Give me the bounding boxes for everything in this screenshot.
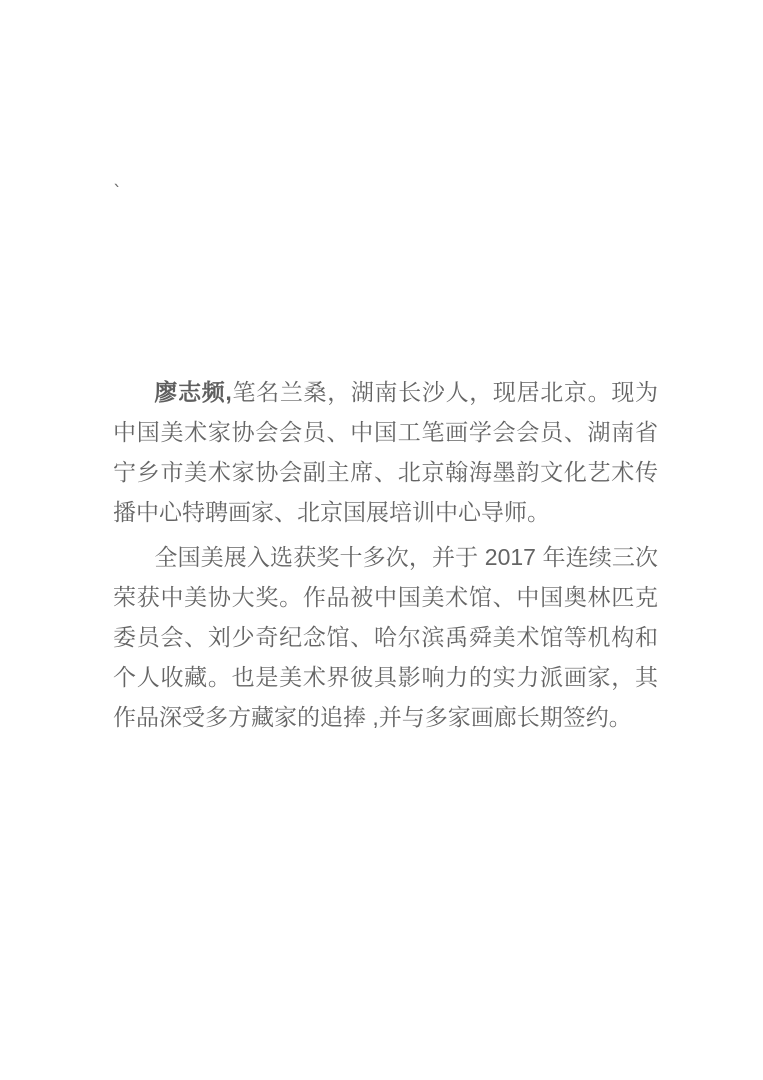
biography-text-block: 廖志频,笔名兰桑，湖南长沙人，现居北京。现为中国美术家协会会员、中国工笔画学会会… (113, 372, 658, 742)
artist-name-bold: 廖志频, (154, 379, 231, 405)
bio-paragraph-2: 全国美展入选获奖十多次，并于 2017 年连续三次荣获中美协大奖。作品被中国美术… (113, 537, 658, 737)
bio-paragraph-2-text: 全国美展入选获奖十多次，并于 2017 年连续三次荣获中美协大奖。作品被中国美术… (113, 544, 658, 730)
bio-paragraph-1: 廖志频,笔名兰桑，湖南长沙人，现居北京。现为中国美术家协会会员、中国工笔画学会会… (113, 372, 658, 532)
document-page: ` 廖志频,笔名兰桑，湖南长沙人，现居北京。现为中国美术家协会会员、中国工笔画学… (0, 0, 763, 1080)
stray-backtick-mark: ` (112, 184, 123, 202)
